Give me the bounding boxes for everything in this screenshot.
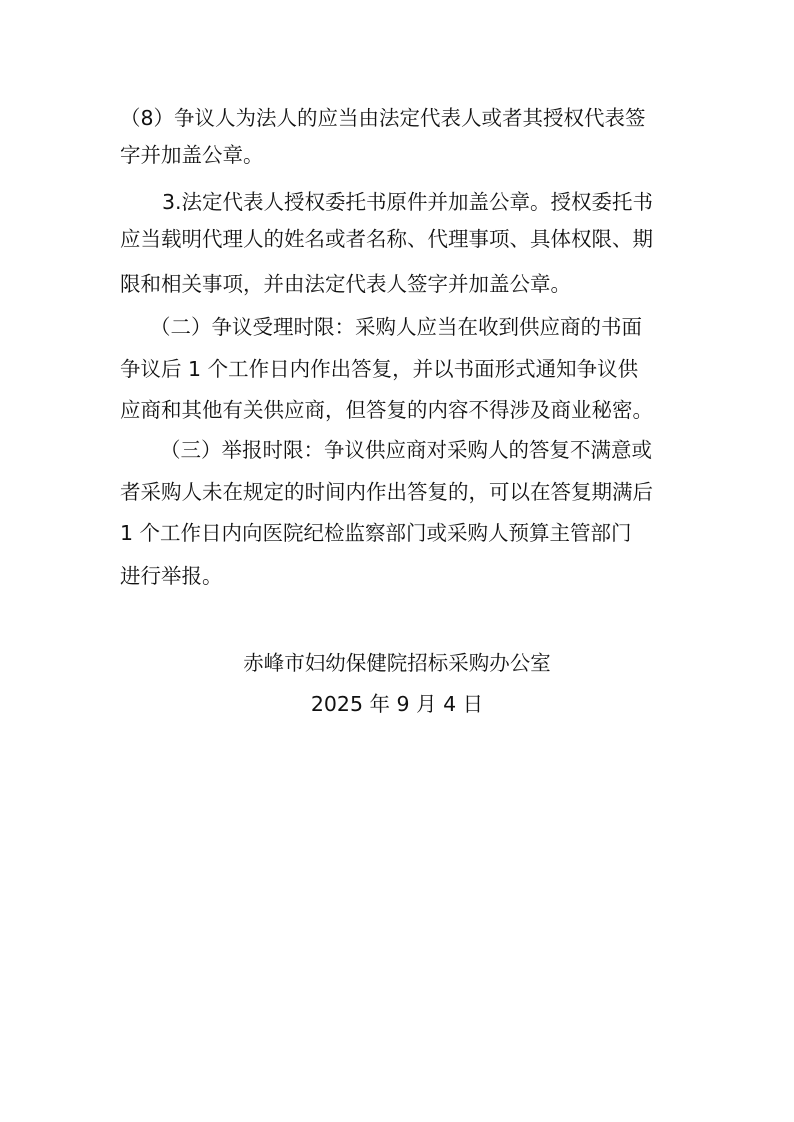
signature-organization: 赤峰市妇幼保健院招标采购办公室 [0, 646, 794, 676]
text-line: 1 个工作日内向医院纪检监察部门或采购人预算主管部门 [120, 521, 632, 545]
text-line: 3.法定代表人授权委托书原件并加盖公章。授权委托书 [162, 190, 653, 214]
text-line: 应商和其他有关供应商，但答复的内容不得涉及商业秘密。 [120, 398, 653, 422]
text-line: 应当载明代理人的姓名或者名称、代理事项、具体权限、期 [120, 227, 653, 251]
signature-date: 2025 年 9 月 4 日 [0, 687, 794, 717]
text-line: 限和相关事项，并由法定代表人签字并加盖公章。 [120, 272, 571, 296]
text-line: 进行举报。 [120, 564, 223, 588]
text-line: 者采购人未在规定的时间内作出答复的，可以在答复期满后 [120, 480, 653, 504]
text-line: （三）举报时限：争议供应商对采购人的答复不满意或 [160, 438, 652, 462]
text-line: （二）争议受理时限：采购人应当在收到供应商的书面 [150, 315, 642, 339]
text-line: 字并加盖公章。 [120, 143, 264, 167]
text-line: （8）争议人为法人的应当由法定代表人或者其授权代表签 [120, 106, 646, 130]
text-line: 争议后 1 个工作日内作出答复，并以书面形式通知争议供 [120, 357, 638, 381]
